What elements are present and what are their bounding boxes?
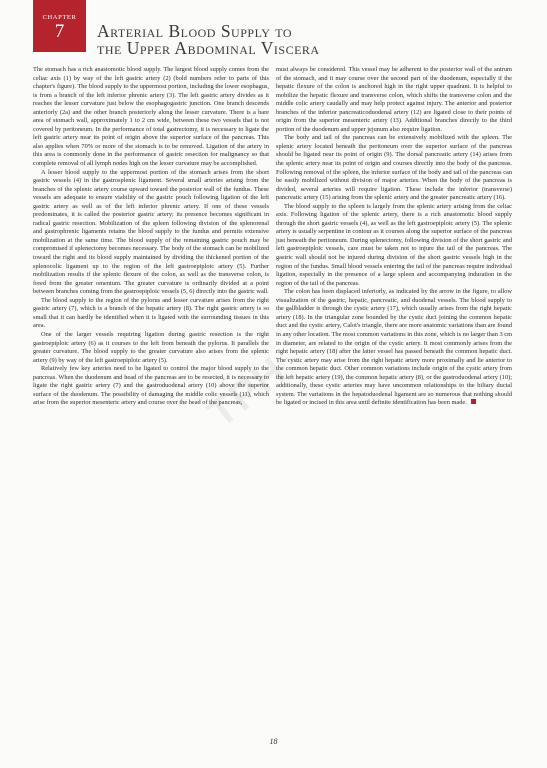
paragraph: The body and tail of the pancreas can be… bbox=[276, 134, 512, 202]
paragraph: The stomach has a rich anastomotic blood… bbox=[33, 66, 269, 169]
paragraph: One of the larger vessels requiring liga… bbox=[33, 331, 269, 365]
paragraph: must always be considered. This vessel m… bbox=[276, 66, 512, 134]
paragraph-final: The colon has been displaced inferiorly,… bbox=[276, 288, 512, 408]
chapter-label: CHAPTER bbox=[33, 14, 86, 21]
page-number: 18 bbox=[0, 737, 547, 746]
end-of-chapter-square-icon bbox=[471, 399, 476, 404]
chapter-number: 7 bbox=[33, 23, 86, 41]
chapter-title-line-2: the Upper Abdominal Viscera bbox=[97, 40, 320, 57]
chapter-badge: CHAPTER 7 bbox=[33, 0, 86, 52]
paragraph-text: The colon has been displaced inferiorly,… bbox=[276, 288, 512, 406]
right-column: must always be considered. This vessel m… bbox=[276, 66, 512, 408]
paragraph: A lesser blood supply to the uppermost p… bbox=[33, 169, 269, 297]
left-column: The stomach has a rich anastomotic blood… bbox=[33, 66, 269, 408]
paragraph: The blood supply to the spleen is largel… bbox=[276, 203, 512, 288]
chapter-title: Arterial Blood Supply to the Upper Abdom… bbox=[97, 23, 320, 57]
paragraph: The blood supply to the region of the py… bbox=[33, 297, 269, 331]
